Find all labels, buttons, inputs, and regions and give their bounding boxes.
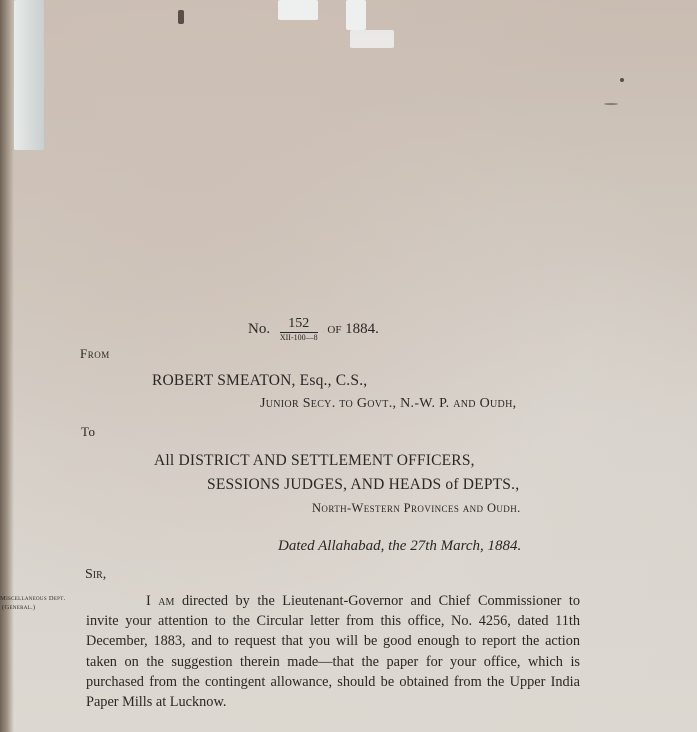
recipient-line-1: All DISTRICT AND SETTLEMENT OFFICERS, bbox=[154, 452, 475, 470]
circular-number: No. 152 XII-100—8 of 1884. bbox=[248, 316, 379, 343]
ink-mark bbox=[604, 103, 618, 105]
paper-tear bbox=[14, 0, 44, 150]
date-line: Dated Allahabad, the 27th March, 1884. bbox=[278, 538, 521, 555]
recipient-line-2: SESSIONS JUDGES, AND HEADS of DEPTS., bbox=[207, 476, 519, 494]
to-label: To bbox=[81, 424, 96, 440]
number-numerator: 152 bbox=[280, 316, 318, 333]
number-denominator: XII-100—8 bbox=[280, 333, 318, 343]
paper-tear bbox=[278, 0, 318, 20]
ink-mark bbox=[178, 10, 184, 24]
ink-mark bbox=[620, 78, 624, 82]
from-label: From bbox=[80, 346, 110, 362]
letter-body: I am directed by the Lieutenant-Governor… bbox=[86, 591, 580, 712]
paper-tear bbox=[350, 30, 394, 48]
page-binding-edge bbox=[0, 0, 14, 732]
body-text: directed by the Lieutenant-Governor and … bbox=[86, 593, 580, 710]
number-year: of 1884. bbox=[327, 321, 379, 337]
body-opening: I am bbox=[146, 593, 174, 609]
sender-title: Junior Secy. to Govt., N.-W. P. and Oudh… bbox=[260, 396, 516, 412]
sender-name: ROBERT SMEATON, Esq., C.S., bbox=[152, 372, 367, 390]
salutation: Sir, bbox=[85, 567, 106, 583]
margin-note-line-2: (General.) bbox=[0, 603, 66, 612]
margin-note: Miscellaneous Dept. (General.) bbox=[0, 594, 66, 612]
margin-note-line-1: Miscellaneous Dept. bbox=[0, 594, 66, 603]
document-page: No. 152 XII-100—8 of 1884. From ROBERT S… bbox=[0, 0, 697, 732]
number-prefix: No. bbox=[248, 321, 270, 337]
number-fraction: 152 XII-100—8 bbox=[280, 316, 318, 343]
recipient-line-3: North-Western Provinces and Oudh. bbox=[312, 501, 521, 516]
paper-tear bbox=[346, 0, 366, 30]
